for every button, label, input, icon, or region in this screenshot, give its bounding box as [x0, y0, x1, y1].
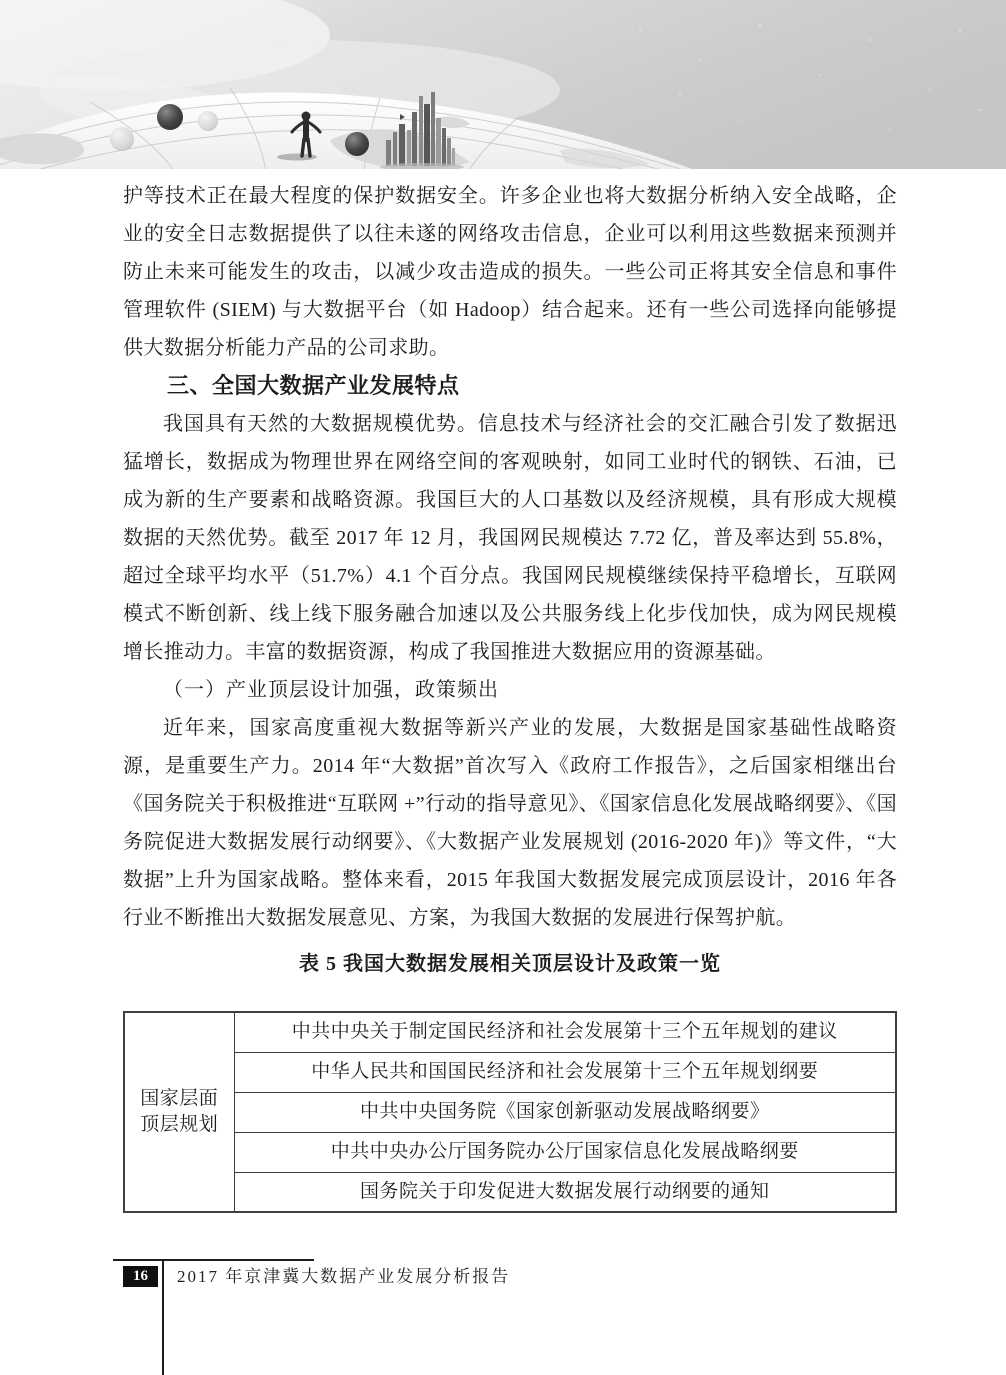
paragraph-policy: 近年来，国家高度重视大数据等新兴产业的发展，大数据是国家基础性战略资源，是重要生…	[123, 709, 897, 937]
table-cell-policy-2: 中华人民共和国国民经济和社会发展第十三个五年规划纲要	[234, 1052, 896, 1092]
report-page: 护等技术正在最大程度的保护数据安全。许多企业也将大数据分析纳入安全战略，企业的安…	[0, 0, 1006, 1375]
sub-heading-top-level-design: （一）产业顶层设计加强，政策频出	[123, 671, 897, 709]
table-caption: 表 5 我国大数据发展相关顶层设计及政策一览	[123, 945, 897, 983]
table-row: 国务院关于印发促进大数据发展行动纲要的通知	[124, 1172, 896, 1212]
section-heading-national-bigdata: 三、全国大数据产业发展特点	[123, 367, 897, 405]
paragraph-data-scale: 我国具有天然的大数据规模优势。信息技术与经济社会的交汇融合引发了数据迅猛增长，数…	[123, 405, 897, 671]
table-row-header: 国家层面顶层规划	[124, 1012, 234, 1212]
footer-vertical-rule	[162, 1259, 164, 1375]
policy-table: 国家层面顶层规划 中共中央关于制定国民经济和社会发展第十三个五年规划的建议 中华…	[123, 1011, 897, 1213]
table-row: 中共中央办公厅国务院办公厅国家信息化发展战略纲要	[124, 1132, 896, 1172]
page-number-badge: 16	[123, 1266, 158, 1287]
sphere-light-left	[110, 127, 134, 151]
table-cell-policy-1: 中共中央关于制定国民经济和社会发展第十三个五年规划的建议	[234, 1012, 896, 1052]
paragraph-data-security: 护等技术正在最大程度的保护数据安全。许多企业也将大数据分析纳入安全战略，企业的安…	[123, 177, 897, 367]
table-row: 中华人民共和国国民经济和社会发展第十三个五年规划纲要	[124, 1052, 896, 1092]
table-row: 国家层面顶层规划 中共中央关于制定国民经济和社会发展第十三个五年规划的建议	[124, 1012, 896, 1052]
table-row: 中共中央国务院《国家创新驱动发展战略纲要》	[124, 1092, 896, 1132]
footer-report-title: 2017 年京津冀大数据产业发展分析报告	[177, 1265, 510, 1289]
sphere-dark-mid	[345, 132, 369, 156]
sphere-light-mid	[198, 111, 218, 131]
sphere-dark-left	[157, 104, 183, 130]
table-cell-policy-4: 中共中央办公厅国务院办公厅国家信息化发展战略纲要	[234, 1132, 896, 1172]
page-body-text: 护等技术正在最大程度的保护数据安全。许多企业也将大数据分析纳入安全战略，企业的安…	[123, 177, 897, 1213]
header-banner-image	[0, 0, 1006, 172]
table-cell-policy-3: 中共中央国务院《国家创新驱动发展战略纲要》	[234, 1092, 896, 1132]
globe-skyline-illustration	[0, 0, 1006, 172]
table-cell-policy-5: 国务院关于印发促进大数据发展行动纲要的通知	[234, 1172, 896, 1212]
footer-horizontal-rule	[113, 1259, 314, 1261]
